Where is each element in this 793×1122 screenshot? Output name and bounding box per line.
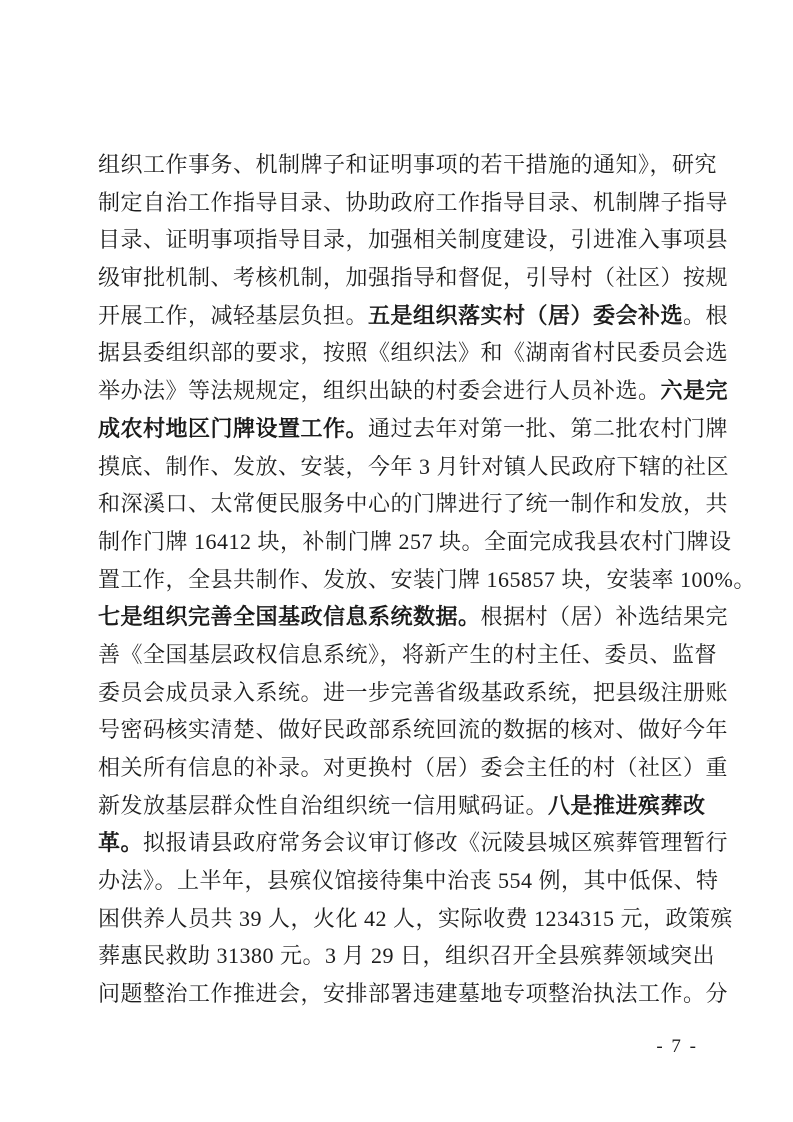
text-segment: 相关所有信息的补录。对更换村（居）委会主任的村（社区）重 [98,755,728,780]
text-line: 摸底、制作、发放、安装，今年 3 月针对镇人民政府下辖的社区 [98,448,698,486]
text-line: 开展工作，减轻基层负担。五是组织落实村（居）委会补选。根 [98,297,698,335]
text-line: 困供养人员共 39 人，火化 42 人，实际收费 1234315 元，政策殡 [98,900,698,938]
text-segment: 组织工作事务、机制牌子和证明事项的若干措施的通知》，研究 [98,152,717,177]
text-segment: 制作门牌 16412 块，补制门牌 257 块。全面完成我县农村门牌设 [98,529,732,554]
bold-heading-segment: 七是组织完善全国基政信息系统数据。 [98,604,481,629]
text-segment: 目录、证明事项指导目录，加强相关制度建设，引进准入事项县 [98,227,728,252]
text-line: 办法》。上半年，县殡仪馆接待集中治丧 554 例，其中低保、特 [98,862,698,900]
text-line: 号密码核实清楚、做好民政部系统回流的数据的核对、做好今年 [98,711,698,749]
text-segment: 摸底、制作、发放、安装，今年 3 月针对镇人民政府下辖的社区 [98,454,729,479]
text-line: 据县委组织部的要求，按照《组织法》和《湖南省村民委员会选 [98,334,698,372]
text-line: 组织工作事务、机制牌子和证明事项的若干措施的通知》，研究 [98,146,698,184]
text-segment: 举办法》等法规规定，组织出缺的村委会进行人员补选。 [98,378,661,403]
text-line: 相关所有信息的补录。对更换村（居）委会主任的村（社区）重 [98,749,698,787]
text-segment: 开展工作，减轻基层负担。 [98,303,368,328]
text-segment: 号密码核实清楚、做好民政部系统回流的数据的核对、做好今年 [98,717,728,742]
text-segment: 问题整治工作推进会，安排部署违建墓地专项整治执法工作。分 [98,981,728,1006]
page-number: - 7 - [98,1036,698,1058]
text-line: 新发放基层群众性自治组织统一信用赋码证。八是推进殡葬改 [98,787,698,825]
text-line: 制作门牌 16412 块，补制门牌 257 块。全面完成我县农村门牌设 [98,523,698,561]
text-segment: 级审批机制、考核机制，加强指导和督促，引导村（社区）按规 [98,265,728,290]
text-segment: 委员会成员录入系统。进一步完善省级基政系统，把县级注册账 [98,680,728,705]
text-line: 革。拟报请县政府常务会议审订修改《沅陵县城区殡葬管理暂行 [98,824,698,862]
text-segment: 葬惠民救助 31380 元。3 月 29 日，组织召开全县殡葬领域突出 [98,943,715,968]
text-line: 善《全国基层政权信息系统》，将新产生的村主任、委员、监督 [98,636,698,674]
text-line: 问题整治工作推进会，安排部署违建墓地专项整治执法工作。分 [98,975,698,1013]
text-segment: 办法》。上半年，县殡仪馆接待集中治丧 554 例，其中低保、特 [98,868,719,893]
text-segment: 制定自治工作指导目录、协助政府工作指导目录、机制牌子指导 [98,190,728,215]
text-line: 级审批机制、考核机制，加强指导和督促，引导村（社区）按规 [98,259,698,297]
bold-heading-segment: 六是完 [661,378,729,403]
text-segment: 拟报请县政府常务会议审订修改《沅陵县城区殡葬管理暂行 [143,830,728,855]
text-segment: 置工作，全县共制作、发放、安装门牌 165857 块，安装率 100%。 [98,567,756,592]
bold-heading-segment: 成农村地区门牌设置工作。 [98,416,368,441]
text-segment: 和深溪口、太常便民服务中心的门牌进行了统一制作和发放，共 [98,491,728,516]
text-segment: 根据村（居）补选结果完 [481,604,729,629]
text-segment: 善《全国基层政权信息系统》，将新产生的村主任、委员、监督 [98,642,717,667]
document-page: 组织工作事务、机制牌子和证明事项的若干措施的通知》，研究 制定自治工作指导目录、… [0,0,793,1122]
bold-heading-segment: 五是组织落实村（居）委会补选 [368,303,683,328]
text-line: 委员会成员录入系统。进一步完善省级基政系统，把县级注册账 [98,674,698,712]
text-segment: 新发放基层群众性自治组织统一信用赋码证。 [98,793,548,818]
text-line: 成农村地区门牌设置工作。通过去年对第一批、第二批农村门牌 [98,410,698,448]
text-line: 举办法》等法规规定，组织出缺的村委会进行人员补选。六是完 [98,372,698,410]
text-line: 目录、证明事项指导目录，加强相关制度建设，引进准入事项县 [98,221,698,259]
bold-heading-segment: 八是推进殡葬改 [548,793,706,818]
text-line: 制定自治工作指导目录、协助政府工作指导目录、机制牌子指导 [98,184,698,222]
document-body: 组织工作事务、机制牌子和证明事项的若干措施的通知》，研究 制定自治工作指导目录、… [98,146,698,1013]
text-segment: 据县委组织部的要求，按照《组织法》和《湖南省村民委员会选 [98,340,728,365]
text-line: 七是组织完善全国基政信息系统数据。根据村（居）补选结果完 [98,598,698,636]
bold-heading-segment: 革。 [98,830,143,855]
text-segment: 。根 [683,303,728,328]
text-line: 和深溪口、太常便民服务中心的门牌进行了统一制作和发放，共 [98,485,698,523]
text-segment: 困供养人员共 39 人，火化 42 人，实际收费 1234315 元，政策殡 [98,906,733,931]
text-line: 葬惠民救助 31380 元。3 月 29 日，组织召开全县殡葬领域突出 [98,937,698,975]
text-segment: 通过去年对第一批、第二批农村门牌 [368,416,728,441]
text-line: 置工作，全县共制作、发放、安装门牌 165857 块，安装率 100%。 [98,561,698,599]
